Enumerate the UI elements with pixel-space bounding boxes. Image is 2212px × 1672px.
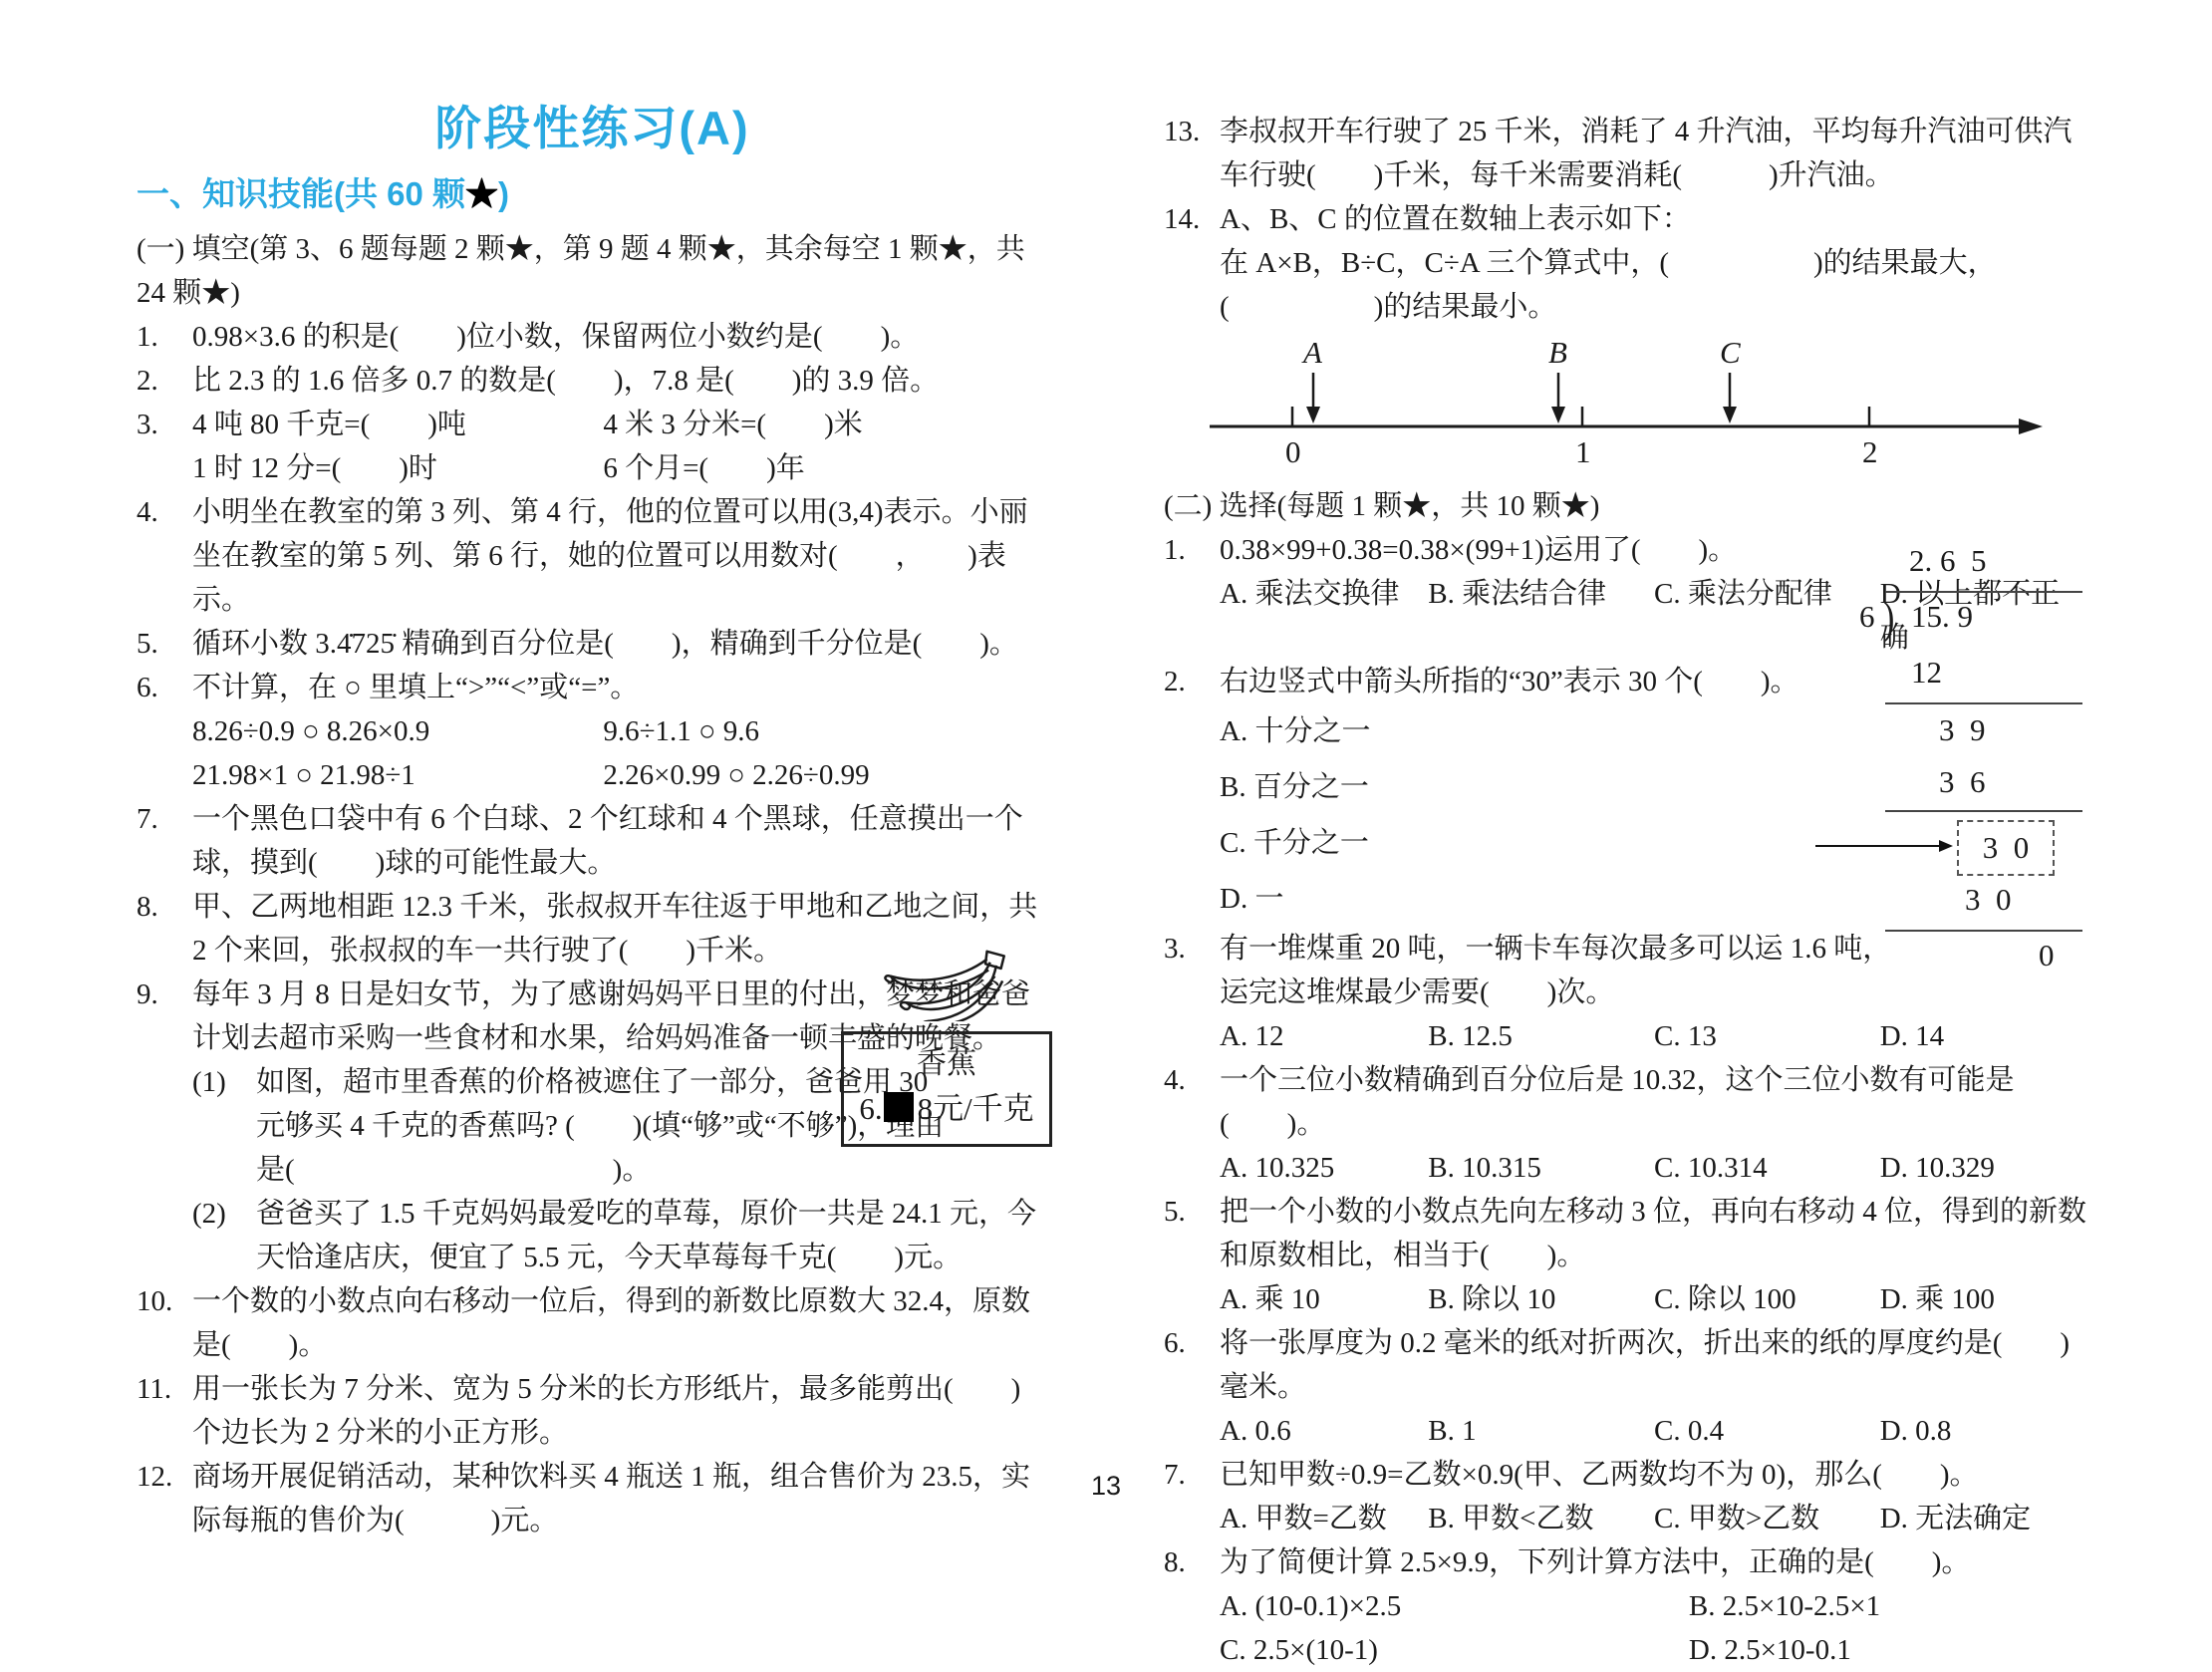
option-c: C. 千分之一 xyxy=(1220,827,1369,859)
fill-q10: 10.一个数的小数点向右移动一位后，得到的新数比原数大 32.4，原数是( )。 xyxy=(137,1279,1048,1367)
question-number: 13. xyxy=(1164,110,1220,153)
question-text: 一个黑色口袋中有 6 个白球、2 个红球和 4 个黑球，任意摸出一个球，摸到( … xyxy=(192,803,1023,879)
question-number: 1. xyxy=(1164,528,1220,572)
option-d: D. 乘 100 xyxy=(1880,1277,2088,1321)
option-b: B. 除以 10 xyxy=(1428,1277,1654,1321)
question-text: 小明坐在教室的第 3 列、第 4 行，他的位置可以用(3,4)表示。小丽坐在教室… xyxy=(192,496,1028,616)
division-rule xyxy=(1885,810,2082,812)
long-division-diagram: 2. 6 5 6 ) 15. 9 12 3 9 3 6 3 0 3 0 0 xyxy=(1851,543,2082,977)
tick-label-1: 1 xyxy=(1575,434,1591,469)
point-label-a: A xyxy=(1301,335,1323,370)
left-column: 阶段性练习(A) 一、知识技能(共 60 颗★) (一) 填空(第 3、6 题每… xyxy=(137,92,1048,1542)
tick-label-2: 2 xyxy=(1862,434,1878,469)
division-bracket: ) xyxy=(1883,591,1894,644)
option-b: B. 12.5 xyxy=(1428,1014,1654,1058)
question-text: 在 A×B，B÷C，C÷A 三个算式中，( )的结果最大，( )的结果最小。 xyxy=(1220,247,1997,323)
sub-question-number: (1) xyxy=(192,1060,256,1104)
question-number: 6. xyxy=(1164,1321,1220,1365)
option-b: B. 10.315 xyxy=(1428,1146,1654,1190)
option-a: A. 甲数=乙数 xyxy=(1220,1497,1428,1540)
option-c: C. 10.314 xyxy=(1654,1146,1880,1190)
pointer-arrow-icon xyxy=(1815,845,1939,847)
question-text: 0.38×99+0.38=0.38×(99+1)运用了( )。 xyxy=(1220,534,1737,566)
question-number: 2. xyxy=(1164,660,1220,703)
conversion-right: 4 米 3 分米=( )米 xyxy=(603,403,862,446)
option-b: B. 甲数<乙数 xyxy=(1428,1497,1654,1540)
right-column: 13.李叔叔开车行驶了 25 千米，消耗了 4 升汽油，平均每升汽油可供汽车行驶… xyxy=(1164,110,2088,1565)
compare-expression: 9.6÷1.1 ○ 9.6 xyxy=(603,709,1048,753)
question-number: 3. xyxy=(137,403,192,446)
star-icon: ★ xyxy=(465,175,498,212)
fill-q2: 2.比 2.3 的 1.6 倍多 0.7 的数是( )，7.8 是( )的 3.… xyxy=(137,359,1048,403)
banana-label: 香蕉 xyxy=(848,1042,1045,1086)
question-text: 右边竖式中箭头所指的“30”表示 30 个( )。 xyxy=(1220,666,1799,697)
option-d: D. 0.8 xyxy=(1880,1409,2088,1453)
fill-q7: 7.一个黑色口袋中有 6 个白球、2 个红球和 4 个黑球，任意摸出一个球，摸到… xyxy=(137,797,1048,885)
masked-digit xyxy=(884,1092,914,1122)
point-label-b: B xyxy=(1548,335,1567,370)
section-heading-text: 一、知识技能(共 60 颗 xyxy=(137,175,465,212)
question-text: 用一张长为 7 分米、宽为 5 分米的长方形纸片，最多能剪出( )个边长为 2 … xyxy=(192,1373,1020,1449)
conversion-right: 6 个月=( )年 xyxy=(603,446,1048,490)
worksheet-page: 阶段性练习(A) 一、知识技能(共 60 颗★) (一) 填空(第 3、6 题每… xyxy=(0,0,2212,1565)
question-number: 8. xyxy=(137,885,192,929)
price-suffix: 8元/千克 xyxy=(918,1091,1034,1126)
option-d: D. 一 xyxy=(1220,883,1283,915)
fill-q9-sub1: (1)如图，超市里香蕉的价格被遮住了一部分，爸爸用 30 元够买 4 千克的香蕉… xyxy=(137,1060,948,1192)
option-b: B. 1 xyxy=(1428,1409,1654,1453)
question-number: 5. xyxy=(1164,1190,1220,1234)
question-text: 一个数的小数点向右移动一位后，得到的新数比原数大 32.4，原数是( )。 xyxy=(192,1285,1030,1361)
page-title: 阶段性练习(A) xyxy=(137,92,1048,158)
question-number: 3. xyxy=(1164,927,1220,971)
question-text: 0.98×3.6 的积是( )位小数，保留两位小数约是( )。 xyxy=(192,321,919,353)
division-step: 12 xyxy=(1911,655,1942,691)
question-text: 李叔叔开车行驶了 25 千米，消耗了 4 升汽油，平均每升汽油可供汽车行驶( )… xyxy=(1220,116,2073,191)
option-d: D. 无法确定 xyxy=(1880,1497,2088,1540)
compare-expression: 21.98×1 ○ 21.98÷1 xyxy=(192,753,603,797)
division-dividend: 15. 9 xyxy=(1911,599,1973,635)
fill-q4: 4.小明坐在教室的第 3 列、第 4 行，他的位置可以用(3,4)表示。小丽坐在… xyxy=(137,490,1048,622)
number-line-diagram: 0 1 2 A B C xyxy=(1204,335,2051,472)
page-number: 13 xyxy=(0,1471,2212,1502)
fill-q14-line2: 在 A×B，B÷C，C÷A 三个算式中，( )的结果最大，( )的结果最小。 xyxy=(1164,241,2088,329)
fill-q6-row2: 21.98×1 ○ 21.98÷12.26×0.99 ○ 2.26÷0.99 xyxy=(137,753,1048,797)
division-highlighted-remainder: 3 0 xyxy=(1957,820,2055,876)
question-text: 把一个小数的小数点先向左移动 3 位，再向右移动 4 位，得到的新数和原数相比，… xyxy=(1220,1196,2086,1271)
question-number: 9. xyxy=(137,973,192,1016)
option-c: C. 0.4 xyxy=(1654,1409,1880,1453)
banana-price-tag: 香蕉 6.8元/千克 xyxy=(841,1031,1052,1147)
question-text: 不计算，在 ○ 里填上“>”“<”或“=”。 xyxy=(192,672,639,703)
down-arrow-icon xyxy=(1723,407,1737,423)
option-d: D. 10.329 xyxy=(1880,1146,2088,1190)
option-b: B. 乘法结合律 xyxy=(1428,572,1654,660)
question-number: 7. xyxy=(137,797,192,841)
section-heading-close: ) xyxy=(498,175,509,212)
unit-conversion-row: 4 吨 80 千克=( )吨4 米 3 分米=( )米 xyxy=(192,403,1048,446)
choice-q4-options: A. 10.325 B. 10.315 C. 10.314 D. 10.329 xyxy=(1164,1146,2088,1190)
question-text: 比 2.3 的 1.6 倍多 0.7 的数是( )，7.8 是( )的 3.9 … xyxy=(192,365,939,397)
fill-q1: 1.0.98×3.6 的积是( )位小数，保留两位小数约是( )。 xyxy=(137,315,1048,359)
banana-icon xyxy=(867,944,1026,1021)
question-number: 4. xyxy=(1164,1058,1220,1102)
conversion-left: 1 时 12 分=( )时 xyxy=(192,446,603,490)
fill-section-heading: (一) 填空(第 3、6 题每题 2 颗★，第 9 题 4 颗★，其余每空 1 … xyxy=(137,227,1048,315)
price-prefix: 6. xyxy=(859,1091,882,1126)
banana-price-figure: 香蕉 6.8元/千克 xyxy=(841,944,1052,1147)
question-number: 4. xyxy=(137,490,192,534)
division-remainder: 0 xyxy=(2039,938,2055,974)
compare-expression: 2.26×0.99 ○ 2.26÷0.99 xyxy=(603,753,1048,797)
choice-q6: 6.将一张厚度为 0.2 毫米的纸对折两次，折出来的纸的厚度约是( )毫米。 xyxy=(1164,1321,2088,1409)
question-text: 循环小数 3.4̇725̇ 精确到百分位是( )，精确到千分位是( )。 xyxy=(192,628,1018,660)
question-number: 2. xyxy=(137,359,192,403)
axis-arrow-icon xyxy=(2019,418,2043,434)
question-number: 5. xyxy=(137,622,192,666)
option-b: B. 百分之一 xyxy=(1220,771,1369,803)
fill-q13: 13.李叔叔开车行驶了 25 千米，消耗了 4 升汽油，平均每升汽油可供汽车行驶… xyxy=(1164,110,2088,197)
fill-q11: 11.用一张长为 7 分米、宽为 5 分米的长方形纸片，最多能剪出( )个边长为… xyxy=(137,1367,1048,1455)
question-text: 为了简便计算 2.5×9.9，下列计算方法中，正确的是( )。 xyxy=(1220,1546,1970,1565)
fill-q6-row1: 8.26÷0.9 ○ 8.26×0.99.6÷1.1 ○ 9.6 xyxy=(137,709,1048,753)
division-rule xyxy=(1885,702,2082,704)
choice-q6-options: A. 0.6 B. 1 C. 0.4 D. 0.8 xyxy=(1164,1409,2088,1453)
option-a: A. 12 xyxy=(1220,1014,1428,1058)
question-number: 14. xyxy=(1164,197,1220,241)
option-c: C. 乘法分配律 xyxy=(1654,572,1880,660)
question-number: 1. xyxy=(137,315,192,359)
sub-question-text: 爸爸买了 1.5 千克妈妈最爱吃的草莓，原价一共是 24.1 元，今天恰逢店庆，… xyxy=(256,1198,1036,1273)
choice-q5-options: A. 乘 10 B. 除以 10 C. 除以 100 D. 乘 100 xyxy=(1164,1277,2088,1321)
down-arrow-icon xyxy=(1306,407,1320,423)
option-c: C. 除以 100 xyxy=(1654,1277,1880,1321)
down-arrow-icon xyxy=(1551,407,1565,423)
choice-q5: 5.把一个小数的小数点先向左移动 3 位，再向右移动 4 位，得到的新数和原数相… xyxy=(1164,1190,2088,1277)
fill-q6: 6.不计算，在 ○ 里填上“>”“<”或“=”。 xyxy=(137,666,1048,709)
tick-label-0: 0 xyxy=(1285,434,1301,469)
banana-price: 6.8元/千克 xyxy=(848,1086,1045,1132)
option-a: A. 十分之一 xyxy=(1220,715,1370,747)
division-step: 3 6 xyxy=(1939,764,1986,800)
conversion-left: 4 吨 80 千克=( )吨 xyxy=(192,403,603,446)
option-a: A. 10.325 xyxy=(1220,1146,1428,1190)
division-step: 3 0 xyxy=(1965,882,2012,918)
division-divisor: 6 xyxy=(1859,599,1875,635)
choice-q2: 2.右边竖式中箭头所指的“30”表示 30 个( )。 xyxy=(1164,660,1917,703)
choice-q7-options: A. 甲数=乙数 B. 甲数<乙数 C. 甲数>乙数 D. 无法确定 xyxy=(1164,1497,2088,1540)
question-text: 有一堆煤重 20 吨，一辆卡车每次最多可以运 1.6 吨，运完这堆煤最少需要( … xyxy=(1220,927,1917,1014)
fill-q9-sub2: (2)爸爸买了 1.5 千克妈妈最爱吃的草莓，原价一共是 24.1 元，今天恰逢… xyxy=(137,1192,1048,1279)
fill-q14: 14.A、B、C 的位置在数轴上表示如下： xyxy=(1164,197,2088,241)
option-a: A. 乘法交换律 xyxy=(1220,572,1428,660)
fill-q3: 3.4 吨 80 千克=( )吨4 米 3 分米=( )米 xyxy=(137,403,1048,446)
compare-expression: 8.26÷0.9 ○ 8.26×0.9 xyxy=(192,709,603,753)
fill-q5: 5.循环小数 3.4̇725̇ 精确到百分位是( )，精确到千分位是( )。 xyxy=(137,622,1048,666)
question-number: 10. xyxy=(137,1279,192,1323)
option-a: A. 0.6 xyxy=(1220,1409,1428,1453)
question-number: 6. xyxy=(137,666,192,709)
division-step: 3 0 xyxy=(1983,830,2030,866)
option-d: D. 14 xyxy=(1880,1014,2088,1058)
question-text: 将一张厚度为 0.2 毫米的纸对折两次，折出来的纸的厚度约是( )毫米。 xyxy=(1220,1327,2070,1403)
division-rule xyxy=(1885,930,2082,932)
option-c: C. 甲数>乙数 xyxy=(1654,1497,1880,1540)
choice-q3-options: A. 12 B. 12.5 C. 13 D. 14 xyxy=(1164,1014,2088,1058)
option-a: A. 乘 10 xyxy=(1220,1277,1428,1321)
division-quotient: 2. 6 5 xyxy=(1909,543,1987,579)
division-rule xyxy=(1885,591,2082,593)
section-heading-skills: 一、知识技能(共 60 颗★) xyxy=(137,168,1048,215)
question-text: A、B、C 的位置在数轴上表示如下： xyxy=(1220,203,1691,235)
sub-question-number: (2) xyxy=(192,1192,256,1236)
point-label-c: C xyxy=(1720,335,1741,370)
question-text: 一个三位小数精确到百分位后是 10.32，这个三位小数有可能是( )。 xyxy=(1220,1064,2015,1140)
choice-q8: 8.为了简便计算 2.5×9.9，下列计算方法中，正确的是( )。 xyxy=(1164,1540,2088,1565)
division-step: 3 9 xyxy=(1939,712,1986,748)
fill-q3-row2: 1 时 12 分=( )时6 个月=( )年 xyxy=(137,446,1048,490)
question-number: 8. xyxy=(1164,1540,1220,1565)
question-number: 11. xyxy=(137,1367,192,1411)
choice-q4: 4.一个三位小数精确到百分位后是 10.32，这个三位小数有可能是( )。 xyxy=(1164,1058,2088,1146)
choice-section-heading: (二) 选择(每题 1 颗★，共 10 颗★) xyxy=(1164,484,2088,528)
option-c: C. 13 xyxy=(1654,1014,1880,1058)
